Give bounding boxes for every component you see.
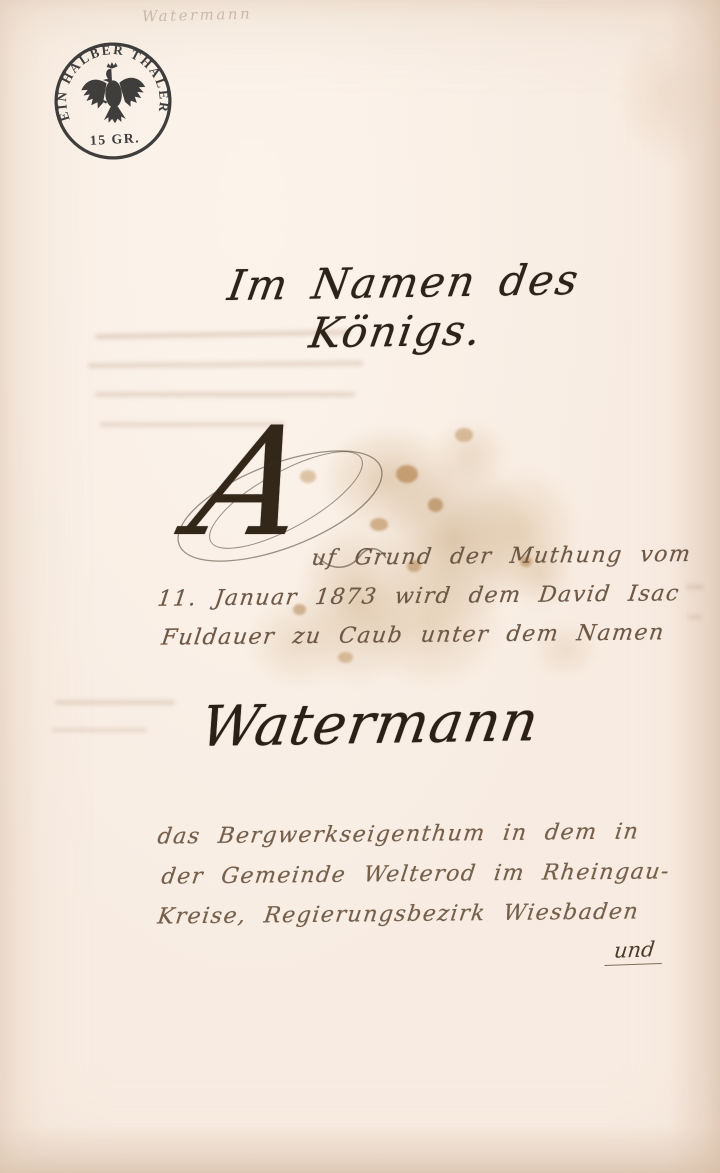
prussian-eagle-icon (80, 60, 147, 125)
foxing-spot (338, 652, 353, 663)
foxing-spot (370, 518, 388, 531)
document-page: EIN HALBER THALER 15 GR. Watermann Im Na… (0, 0, 720, 1173)
stain-blotch (320, 425, 460, 535)
mine-name-title: Watermann (144, 688, 596, 761)
stamp-denomination: 15 GR. (90, 130, 141, 148)
stain-blotch (615, 25, 720, 165)
script-line-3: Fuldauer zu Caub unter dem Namen (160, 620, 666, 650)
script-line-5: der Gemeinde Welterod im Rheingau- (160, 859, 672, 889)
bleedthrough-line (686, 585, 704, 589)
bleedthrough-line (88, 361, 363, 368)
heading-title: Im Namen des Königs. (141, 254, 658, 361)
pencil-annotation: Watermann (142, 5, 253, 26)
script-line-2: 11. Januar 1873 wird dem David Isac (156, 581, 681, 611)
script-line-4: das Bergwerkseigenthum in dem in (156, 819, 641, 849)
bleedthrough-line (52, 728, 147, 732)
drop-cap-initial: A (179, 408, 325, 558)
foxing-spot (428, 498, 443, 512)
script-line-1: uf Grund der Muthung vom (310, 542, 693, 571)
foxing-spot (396, 465, 418, 483)
foxing-spot (455, 428, 473, 442)
bleedthrough-line (688, 615, 702, 619)
stain-blotch (465, 465, 580, 600)
stain-blotch (430, 420, 510, 490)
script-line-6: Kreise, Regierungsbezirk Wiesbaden (156, 899, 641, 929)
catchword: und (604, 937, 664, 966)
revenue-stamp: EIN HALBER THALER 15 GR. (47, 35, 179, 167)
